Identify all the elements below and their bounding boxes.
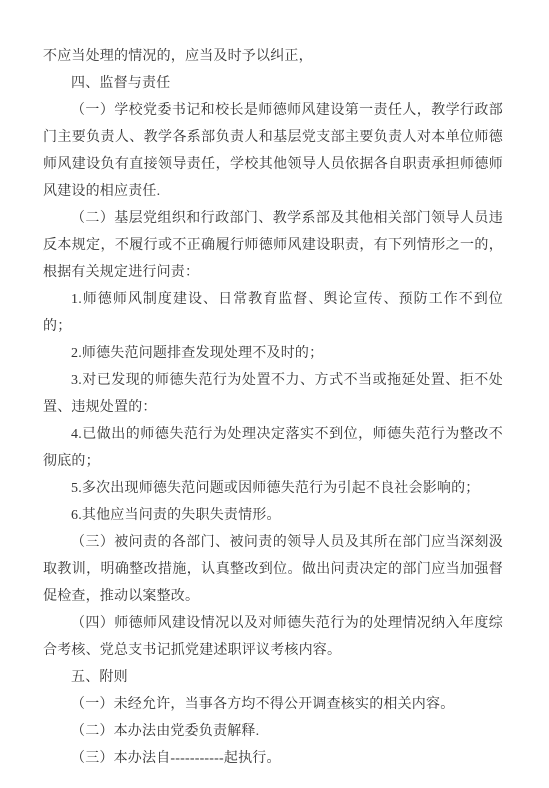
para-effective-date: （三）本办法自-----------起执行。 [43, 745, 503, 772]
numbered-item-6: 6.其他应当问责的失职失责情形。 [43, 502, 503, 529]
continuation-paragraph: 不应当处理的情况的，应当及时予以纠正， [43, 43, 503, 70]
para-interpretation: （二）本办法由党委负责解释. [43, 718, 503, 745]
numbered-item-2: 2.师德失范问题排查发现处理不及时的； [43, 340, 503, 367]
document-page: 不应当处理的情况的，应当及时予以纠正， 四、监督与责任 （一）学校党委书记和校长… [43, 43, 503, 772]
para-confidentiality: （一）未经允许，当事各方均不得公开调查核实的相关内容。 [43, 691, 503, 718]
numbered-item-1: 1.师德师风制度建设、日常教育监督、舆论宣传、预防工作不到位的； [43, 286, 503, 340]
section-heading-supplementary: 五、附则 [43, 664, 503, 691]
numbered-item-4: 4.已做出的师德失范行为处理决定落实不到位，师德失范行为整改不彻底的； [43, 421, 503, 475]
numbered-item-5: 5.多次出现师德失范问题或因师德失范行为引起不良社会影响的； [43, 475, 503, 502]
section-heading-supervision: 四、监督与责任 [43, 70, 503, 97]
para-rectification: （三）被问责的各部门、被问责的领导人员及其所在部门应当深刻汲取教训，明确整改措施… [43, 529, 503, 610]
para-accountability-intro: （二）基层党组织和行政部门、教学系部及其他相关部门领导人员违反本规定，不履行或不… [43, 205, 503, 286]
para-annual-assessment: （四）师德师风建设情况以及对师德失范行为的处理情况纳入年度综合考核、党总支书记抓… [43, 610, 503, 664]
numbered-item-3: 3.对已发现的师德失范行为处置不力、方式不当或拖延处置、拒不处置、违规处置的： [43, 367, 503, 421]
para-responsibility-leaders: （一）学校党委书记和校长是师德师风建设第一责任人，教学行政部门主要负责人、教学各… [43, 97, 503, 205]
